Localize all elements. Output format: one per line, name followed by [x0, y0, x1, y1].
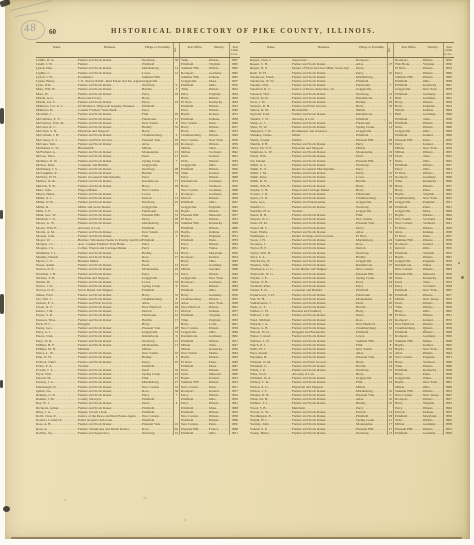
column-header-post_office: Post Office. [180, 43, 209, 57]
table-row: Young, HenryFarmer and Stock RaiserNewbu… [250, 431, 454, 435]
cell-business: Farmer and Supervisor [78, 431, 142, 435]
column-header-sec: Sec. [387, 43, 394, 57]
cell-business: Miller [292, 133, 356, 137]
page-paper: 48 60 HISTORICAL DIRECTORY OF PIKE COUNT… [5, 0, 470, 539]
page-edge-tear [3, 506, 10, 512]
column-header-nativity: Nativity. [209, 43, 229, 57]
column-header-nativity: Nativity. [423, 43, 443, 57]
cell-year: 1859 [443, 431, 453, 435]
column-header-village: Village or Township. [356, 43, 387, 57]
column-header-business: Business. [292, 43, 356, 57]
column-header-village: Village or Township. [142, 43, 173, 57]
pencil-scribble-line [15, 10, 49, 17]
cell-post_office: Pittsfield [180, 431, 209, 435]
table-header-row: Name.Business.Village or Township.Sec.Po… [250, 43, 454, 58]
page-edge-tear [0, 380, 3, 388]
cell-village: Newburg [142, 431, 173, 435]
page-title: HISTORICAL DIRECTORY OF PIKE COUNTY, ILL… [41, 27, 446, 35]
column-header-name: Name. [36, 43, 78, 57]
cell-sec: 13 [387, 431, 394, 435]
cell-business: Farmer and Stock Raiser [292, 431, 356, 435]
cell-nativity: Ohio [209, 431, 229, 435]
page-edge-tear [0, 294, 4, 314]
table-row: Robbin, Jas.Farmer and SupervisorNewburg… [36, 431, 240, 435]
page-bottom-edge [11, 537, 462, 539]
cell-nativity: Germany [423, 431, 443, 435]
column-header-year: Year Came to Co. [229, 43, 239, 57]
page-edge-tear [0, 108, 4, 124]
cell-post_office: Pittsfield [394, 431, 423, 435]
page-stain-speck [458, 262, 460, 264]
directory-table-right: Name.Business.Village or Township.Sec.Po… [250, 42, 454, 435]
column-header-post_office: Post Office. [394, 43, 423, 57]
cell-sec: 10 [173, 431, 180, 435]
cell-year: 1851 [229, 431, 239, 435]
page-edge-tear [0, 210, 3, 219]
column-header-year: Year Came to Co. [443, 43, 453, 57]
cell-name: Young, Henry [250, 431, 292, 435]
pencil-number: 48 [23, 22, 37, 35]
cell-name: Robbin, Jas. [36, 431, 78, 435]
column-header-business: Business. [78, 43, 142, 57]
page-stain-speck [461, 276, 464, 279]
cell-village: Newburg [356, 431, 387, 435]
directory-table-left: Name.Business.Village or Township.Sec.Po… [36, 42, 240, 435]
column-header-name: Name. [250, 43, 292, 57]
column-header-sec: Sec. [173, 43, 180, 57]
scanned-book-page: 48 60 HISTORICAL DIRECTORY OF PIKE COUNT… [0, 0, 474, 545]
directory-tables: Name.Business.Village or Township.Sec.Po… [36, 42, 454, 435]
pencil-scribble-line [11, 0, 52, 11]
page-header: 60 HISTORICAL DIRECTORY OF PIKE COUNTY, … [41, 26, 446, 39]
table-header-row: Name.Business.Village or Township.Sec.Po… [36, 43, 240, 58]
